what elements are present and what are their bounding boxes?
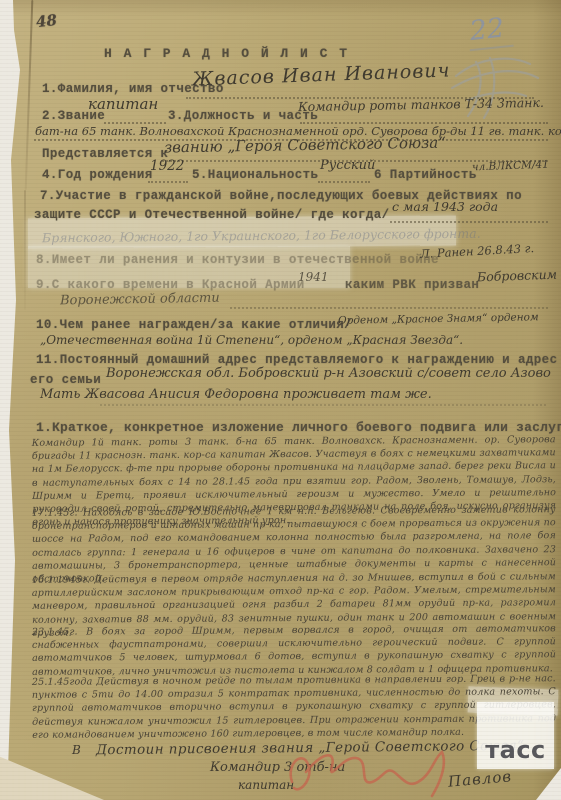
dotted-line [148,181,188,183]
field10-label: 10.Чем ранее награжден/за какие отличия/ [36,318,352,332]
field9-value3: Воронежской области [60,291,220,309]
field3-label: 3.Должность и часть [168,109,318,123]
left-edge-crease-lower [24,190,26,310]
field7-value: с мая 1943 года [392,199,498,214]
field5-label: 5.Национальность [192,168,318,182]
red-pencil-signature [282,742,452,800]
field9-value2: Бобровским [477,267,558,285]
field11-value2: Мать Жвасова Анисия Федоровна проживает … [40,387,432,402]
dotted-line [390,221,548,223]
field5-value: Русский [320,158,375,173]
field2-label: 2.Звание [42,109,105,123]
document-title: Н А Г Р А Д Н О Й Л И С Т [104,46,349,61]
field9-label2: каким РВК призван [345,278,479,292]
field8-label: 8.Имеет ли ранения и контузии в отечеств… [36,253,439,267]
scanned-award-document: 48 22 Н А Г Р А Д Н О Й Л И С Т 1.Фамили… [0,0,561,800]
field7-label-line2: защите СССР и Отечественной войне/ где к… [34,208,390,222]
field11-label-line2: его семьи [30,373,101,387]
field9-label: 9.С какого времени в Красной Армии [36,278,305,292]
dotted-line [318,181,370,183]
field11-label-line1: 11.Постоянный домашний адрес представляе… [36,353,557,367]
dotted-line [100,404,546,406]
field6-label: 6 Партийность [374,168,477,182]
field4-label: 4.Год рождения [42,168,153,182]
field11-value1: Воронежская обл. Бобровский р-н Азовский… [106,366,551,381]
margin-mark: В [72,743,81,757]
field9-value: 1941 [298,270,329,284]
page-number-left: 48 [35,11,58,31]
tass-watermark: тасс [477,702,554,769]
dotted-line [230,307,548,309]
field4-value: 1922 [150,158,184,174]
tass-watermark-text: тасс [485,738,546,762]
body-paragraph-4: 23.1.45г. В боях за город Шримм, первым … [32,622,556,678]
pencil-scribble [438,40,548,125]
field10-value2: „Отечественная война 1й Степени“, ордено… [40,333,463,347]
